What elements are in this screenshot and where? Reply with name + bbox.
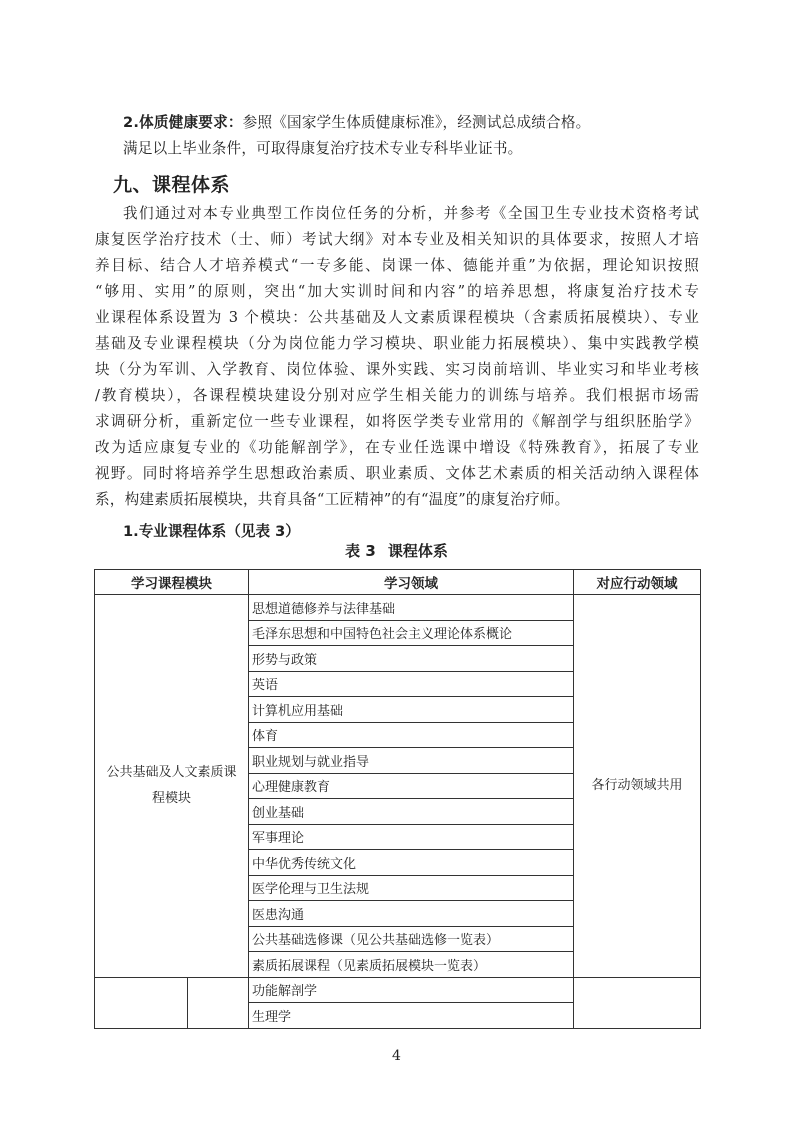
action-area-cell-2: [574, 977, 701, 1028]
submodule-cell: [188, 977, 249, 1028]
table-caption: 表 3课程体系: [0, 540, 793, 561]
table-header-row: 学习课程模块 学习领域 对应行动领域: [95, 570, 701, 595]
body-line: 基础及专业课程模块（分为岗位能力学习模块、职业能力拓展模块）、集中实践教学模: [95, 335, 699, 353]
header-module: 学习课程模块: [95, 570, 249, 595]
area-cell: 医学伦理与卫生法规: [249, 875, 574, 901]
table-row: 功能解剖学: [95, 977, 701, 1003]
area-cell: 军事理论: [249, 824, 574, 850]
body-line: 系，构建素质拓展模块，共育具备“工匠精神”的有“温度”的康复治疗师。: [95, 491, 699, 509]
header-action-area: 对应行动领域: [574, 570, 701, 595]
body-line: 我们通过对本专业典型工作岗位任务的分析，并参考《全国卫生专业技术资格考试: [123, 205, 699, 223]
health-requirement-line: 2.体质健康要求：参照《国家学生体质健康标准》，经测试总成绩合格。: [123, 114, 699, 132]
area-cell: 毛泽东思想和中国特色社会主义理论体系概论: [249, 620, 574, 646]
section-heading: 九、课程体系: [113, 170, 230, 197]
area-cell: 思想道德修养与法律基础: [249, 595, 574, 621]
body-line: /教育模块），各课程模块建设分别对应学生相关能力的训练与培养。我们根据市场需: [95, 387, 699, 405]
body-line: 养目标、结合人才培养模式“一专多能、岗课一体、德能并重”为依据，理论知识按照: [95, 257, 699, 275]
area-cell: 形势与政策: [249, 646, 574, 672]
subsection-heading: 1.专业课程体系（见表 3）: [123, 520, 300, 541]
area-cell: 素质拓展课程（见素质拓展模块一览表）: [249, 952, 574, 978]
area-cell: 生理学: [249, 1003, 574, 1029]
body-line: 视野。同时将培养学生思想政治素质、职业素质、文体艺术素质的相关活动纳入课程体: [95, 465, 699, 483]
body-line: 业课程体系设置为 3 个模块：公共基础及人文素质课程模块（含素质拓展模块）、专业: [95, 309, 699, 327]
action-area-cell: 各行动领域共用: [574, 595, 701, 978]
health-requirement-label: 2.体质健康要求：: [123, 114, 243, 131]
body-line: “够用、实用”的原则，突出“加大实训时间和内容”的培养思想，将康复治疗技术专: [95, 283, 699, 301]
module-cell-2: [95, 977, 188, 1028]
area-cell: 体育: [249, 722, 574, 748]
module-cell: 公共基础及人文素质课程模块: [95, 595, 249, 978]
body-line: 康复医学治疗技术（士、师）考试大纲》对本专业及相关知识的具体要求，按照人才培: [95, 231, 699, 249]
body-line: 改为适应康复专业的《功能解剖学》，在专业任选课中增设《特殊教育》，拓展了专业: [95, 439, 699, 457]
area-cell: 功能解剖学: [249, 977, 574, 1003]
area-cell: 公共基础选修课（见公共基础选修一览表）: [249, 926, 574, 952]
area-cell: 心理健康教育: [249, 773, 574, 799]
area-cell: 医患沟通: [249, 901, 574, 927]
body-line: 块（分为军训、入学教育、岗位体验、课外实践、实习岗前培训、毕业实习和毕业考核: [95, 361, 699, 379]
graduation-line: 满足以上毕业条件，可取得康复治疗技术专业专科毕业证书。: [123, 140, 699, 158]
area-cell: 创业基础: [249, 799, 574, 825]
body-line: 求调研分析，重新定位一些专业课程，如将医学类专业常用的《解剖学与组织胚胎学》: [95, 413, 699, 431]
table-row: 公共基础及人文素质课程模块 思想道德修养与法律基础 各行动领域共用: [95, 595, 701, 621]
table-caption-number: 表 3: [345, 542, 376, 560]
header-area: 学习领域: [249, 570, 574, 595]
area-cell: 中华优秀传统文化: [249, 850, 574, 876]
page-number: 4: [0, 1048, 793, 1064]
area-cell: 计算机应用基础: [249, 697, 574, 723]
course-system-table: 学习课程模块 学习领域 对应行动领域 公共基础及人文素质课程模块 思想道德修养与…: [94, 569, 701, 1029]
area-cell: 英语: [249, 671, 574, 697]
table-caption-title: 课程体系: [388, 542, 448, 560]
health-requirement-text: 参照《国家学生体质健康标准》，经测试总成绩合格。: [243, 114, 591, 131]
area-cell: 职业规划与就业指导: [249, 748, 574, 774]
